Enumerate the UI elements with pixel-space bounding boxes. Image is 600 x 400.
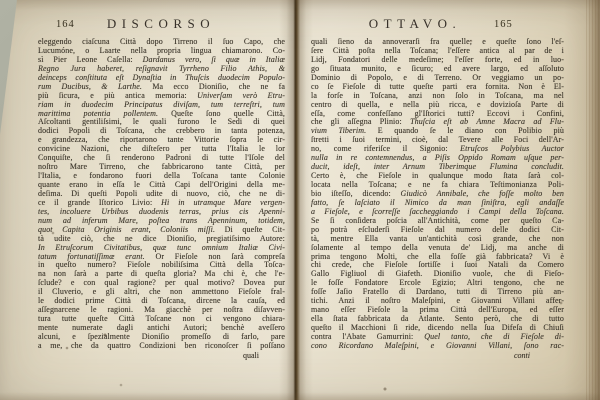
- page-edge-right: [586, 0, 600, 400]
- text-line: tes, incoluere Urbibus duodenis terras, …: [38, 208, 285, 217]
- right-page-text: quali ſieno da annoverarſi fra quelle; e…: [311, 38, 564, 351]
- text-line: chi crede, che Fieſole ſortiſſe i ſuoi N…: [311, 261, 564, 270]
- text-line: co ſe Fieſole di tutte queſte parti era …: [311, 83, 564, 92]
- text-line: il Cluverio, e gli altri, che non ammett…: [38, 288, 285, 297]
- text-line: le dodici prime Città di Toſcana, dircen…: [38, 297, 285, 306]
- text-line: Dominio di Popolo, e di Terreno. Or vegg…: [311, 74, 564, 83]
- text-line: Regno Jura haberet, reſignavit Tyrrheno …: [38, 65, 285, 74]
- text-line: mano eſſer Fieſole la prima Città dell'E…: [311, 306, 564, 315]
- text-line: na non ſarà a parte di queſta gloria? Ma…: [38, 270, 285, 279]
- left-running-title: DISCORSO: [38, 16, 284, 32]
- text-line: Lucumóne, o Laarte nella propria lingua …: [38, 47, 285, 56]
- text-line: convicine Nazioni, che diſteſero per tut…: [38, 145, 285, 154]
- text-line: riam in duodecim Principatus diviſam, tu…: [38, 101, 285, 110]
- right-running-title: OTTAVO.: [315, 16, 515, 32]
- text-line: ducit, ideſt, inter Arnum Tiberimque Flu…: [311, 163, 564, 172]
- text-line: Lidj, Fondatori delle medeſime; l'eſſer …: [311, 56, 564, 65]
- text-line: vium Tiberim. E quando ſe le diano con P…: [311, 127, 564, 136]
- text-line: più ſicura, e più antica memoria: Univer…: [38, 92, 285, 101]
- text-line: Se ſi conſidera poſcia all'Antichità, co…: [311, 217, 564, 226]
- text-line: Aſcoltanti gentiliſsimi, le quali furono…: [38, 118, 285, 127]
- text-line: alcuni, e ſpezialmente Dioniſio promeſſo…: [38, 333, 285, 342]
- text-line: sì Pier Leone Caſella: Dardanus vero, ſi…: [38, 56, 285, 65]
- text-line: ella ſtata fabbricata da Atlante. Sento …: [311, 315, 564, 324]
- text-line: Gallo Figliuol di Giafeth. Dioniſio vuol…: [311, 270, 564, 279]
- right-catchword: conti: [311, 351, 564, 360]
- text-line: quot Capita Originis erant, Coloniis miſ…: [38, 226, 285, 235]
- text-line: rum Ducibus, & Larthe. Ma ecco Dioniſio,…: [38, 83, 285, 92]
- text-line: noſtro Mare Tirreno, che fabbricarono ta…: [38, 163, 285, 172]
- text-line: ſere Città poſta nella Toſcana; l'eſſere…: [311, 47, 564, 56]
- text-line: dodici Popoli di Toſcana, che crebbero i…: [38, 127, 285, 136]
- text-line: quali ſieno da annoverarſi fra quelle; e…: [311, 38, 564, 47]
- text-line: quante erano in eſſa le Città Capi dell'…: [38, 181, 285, 190]
- text-line: prima tengono Molti, che ella foſſe già …: [311, 253, 564, 262]
- text-line: nulla in re contemnendus, a Piſis Oppido…: [311, 154, 564, 163]
- text-line: queſto il Macchioni ſi ride, dicendo nel…: [311, 324, 564, 333]
- text-line: eleggendo ciaſcuna Città dopo Tirreno il…: [38, 38, 285, 47]
- text-line: aſſegnarcene le ragioni. Ma giacchè per …: [38, 306, 285, 315]
- text-line: e grandezza, che riportarono tante Vitto…: [38, 136, 285, 145]
- text-line: tà udite ciò, che ne dice Dioniſio, preg…: [38, 235, 285, 244]
- text-line: mente numerate dagli antichi Autori; ben…: [38, 324, 285, 333]
- text-line: in queſto numero? Fieſole nobiliſsima Ci…: [38, 261, 285, 270]
- text-line: tura tutte queſte Città Toſcane non ci v…: [38, 315, 285, 324]
- right-page-number: 165: [494, 19, 513, 30]
- text-line: che gli aſſegna Plinio: Thuſcia eſt ab A…: [311, 118, 564, 127]
- text-line: marittima potentia pollentem. Queſte ſon…: [38, 110, 285, 119]
- text-line: a Fieſole, e ſcorreſſe ſaccheggiando i C…: [311, 208, 564, 217]
- antique-book-photo: { "colors":{ "background":"#a3a597", "pa…: [0, 0, 600, 400]
- text-line: ſolamente al tempo della venuta de' Lidj…: [311, 244, 564, 253]
- text-line: locata nella Toſcana; e ne fa chiara Teſ…: [311, 181, 564, 190]
- text-line: cono Ricordano Maleſpini, e Giovanni Vil…: [311, 342, 564, 351]
- text-line: tichi. Anzi il noſtro Maleſpini, e Giova…: [311, 297, 564, 306]
- text-line: l'Italia, e fondarono fuori della Toſcan…: [38, 172, 285, 181]
- page-edge-bottom: [0, 392, 600, 400]
- text-line: centro di quella, e nella più ricca, e d…: [311, 101, 564, 110]
- text-line: deinceps conſtituta eſt Dynaſtia in Thuſ…: [38, 74, 285, 83]
- text-line: no, come riferiſce il Sigonio: Etruſcos …: [311, 145, 564, 154]
- text-line: In Etruſcorum Civitatibus, quæ tunc omni…: [38, 244, 285, 253]
- text-line: le foſſe Fondatore Ercole Egizio; Altri …: [311, 279, 564, 288]
- open-book-pages: 164 DISCORSO OTTAVO. 165 eleggendo ciaſc…: [0, 0, 600, 400]
- text-line: a me, che da quattro Condizioni ben rico…: [38, 342, 285, 351]
- paper-specks: [0, 0, 2, 2]
- text-line: num ad inferum Mare, poſtea trans Apenni…: [38, 217, 285, 226]
- text-line: la forſe in Toſcana, anzi non ſolo in To…: [311, 92, 564, 101]
- left-page-text: eleggendo ciaſcuna Città dopo Tirreno il…: [38, 38, 285, 351]
- text-line: Conquiſte, che ſi renderono Padroni di t…: [38, 154, 285, 163]
- text-line: tà, mentre Ella vanta un'antichità così …: [311, 235, 564, 244]
- text-line: ſclude? e con qual ragione? per qual mot…: [38, 279, 285, 288]
- text-line: contra l'Abate Gamurrini: Quel tanto, ch…: [311, 333, 564, 342]
- text-line: tatum fortunatiſſimæ erant. Or Fieſole n…: [38, 253, 285, 262]
- text-line: po potrà eſcluderſi Fieſole dal numero d…: [311, 226, 564, 235]
- text-line: bio iſteſſo, dicendo: Giudicò Annibale, …: [311, 190, 564, 199]
- text-line: foſſe Jaſio Fratello di Dardano, tutti d…: [311, 288, 564, 297]
- text-line: go ſituata munito, e ſicuro; ed avere la…: [311, 65, 564, 74]
- text-line: ce il grande Iſtorico Livio: Hi in utram…: [38, 199, 285, 208]
- text-line: eſſa, come confeſſano gl'Iſtorici tutti?…: [311, 110, 564, 119]
- left-catchword: quali: [38, 351, 285, 360]
- text-line: ſtretti i ſuoi termini, cioè, dal Tevere…: [311, 136, 564, 145]
- text-line: deſima. Di queſti Popoli udite di nuovo,…: [38, 190, 285, 199]
- text-line: fatto, ſe laſciato il Nimico da man ſini…: [311, 199, 564, 208]
- text-line: Certo è, che Fieſole in qualunque modo ſ…: [311, 172, 564, 181]
